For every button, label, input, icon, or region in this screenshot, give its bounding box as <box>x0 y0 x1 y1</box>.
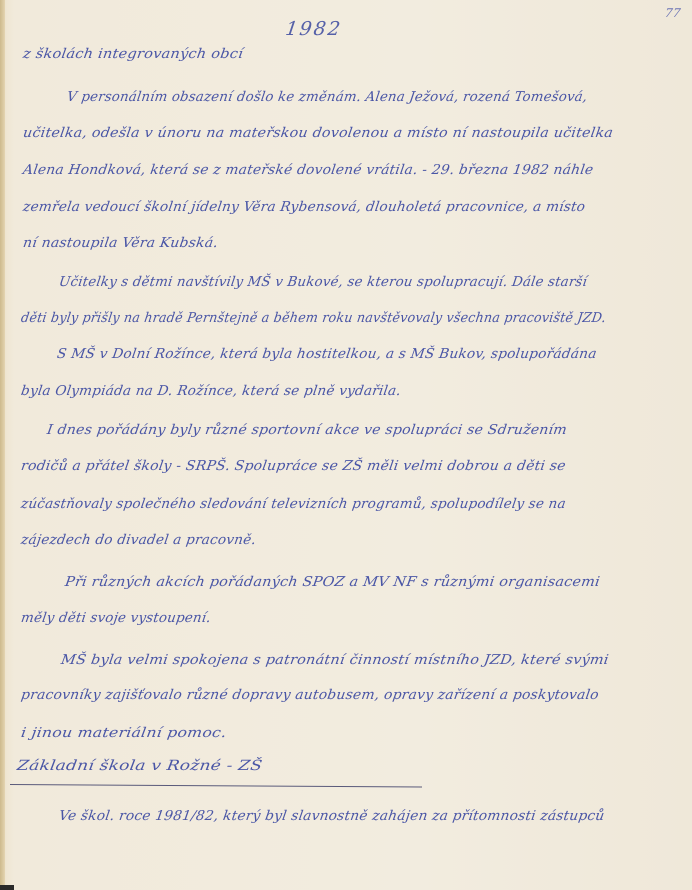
page-number: 77 <box>664 6 682 20</box>
text-line: S MŠ v Dolní Rožínce, která byla hostite… <box>56 346 598 362</box>
text-line: zájezdech do divadel a pracovně. <box>20 532 257 548</box>
text-line: děti byly přišly na hradě Pernštejně a b… <box>20 310 607 326</box>
text-line: I dnes pořádány byly různé sportovní akc… <box>46 422 568 438</box>
text-line: zúčastňovaly společného sledování televi… <box>20 496 567 512</box>
heading-underline <box>10 784 422 788</box>
text-line: zemřela vedoucí školní jídelny Věra Rybe… <box>22 199 586 215</box>
text-line: Alena Hondková, která se z mateřské dovo… <box>22 162 594 178</box>
text-line: Ve škol. roce 1981/82, který byl slavnos… <box>58 808 606 824</box>
text-line: i jinou materiální pomoc. <box>20 725 228 741</box>
text-line: Při různých akcích pořádaných SPOZ a MV … <box>64 574 601 590</box>
section-heading: Základní škola v Rožné - ZŠ <box>16 758 263 774</box>
text-line: rodičů a přátel školy - SRPŠ. Spolupráce… <box>20 458 567 474</box>
text-line: V personálním obsazení došlo ke změnám. … <box>66 89 588 105</box>
text-line: učitelka, odešla v únoru na mateřskou do… <box>22 125 614 141</box>
text-line: ní nastoupila Věra Kubská. <box>22 235 219 251</box>
text-line: pracovníky zajišťovalo různé dopravy aut… <box>20 687 600 703</box>
text-line: MŠ byla velmi spokojena s patronátní čin… <box>60 652 610 668</box>
text-line: z školách integrovaných obcí <box>22 46 244 62</box>
text-line: byla Olympiáda na D. Rožínce, která se p… <box>20 383 402 399</box>
text-line: Učitelky s dětmi navštívily MŠ v Bukové,… <box>58 274 588 290</box>
handwritten-chronicle-page: 77 1982 z školách integrovaných obcí V p… <box>0 0 692 890</box>
text-line: měly děti svoje vystoupení. <box>20 610 212 626</box>
year-heading: 1982 <box>284 18 343 40</box>
